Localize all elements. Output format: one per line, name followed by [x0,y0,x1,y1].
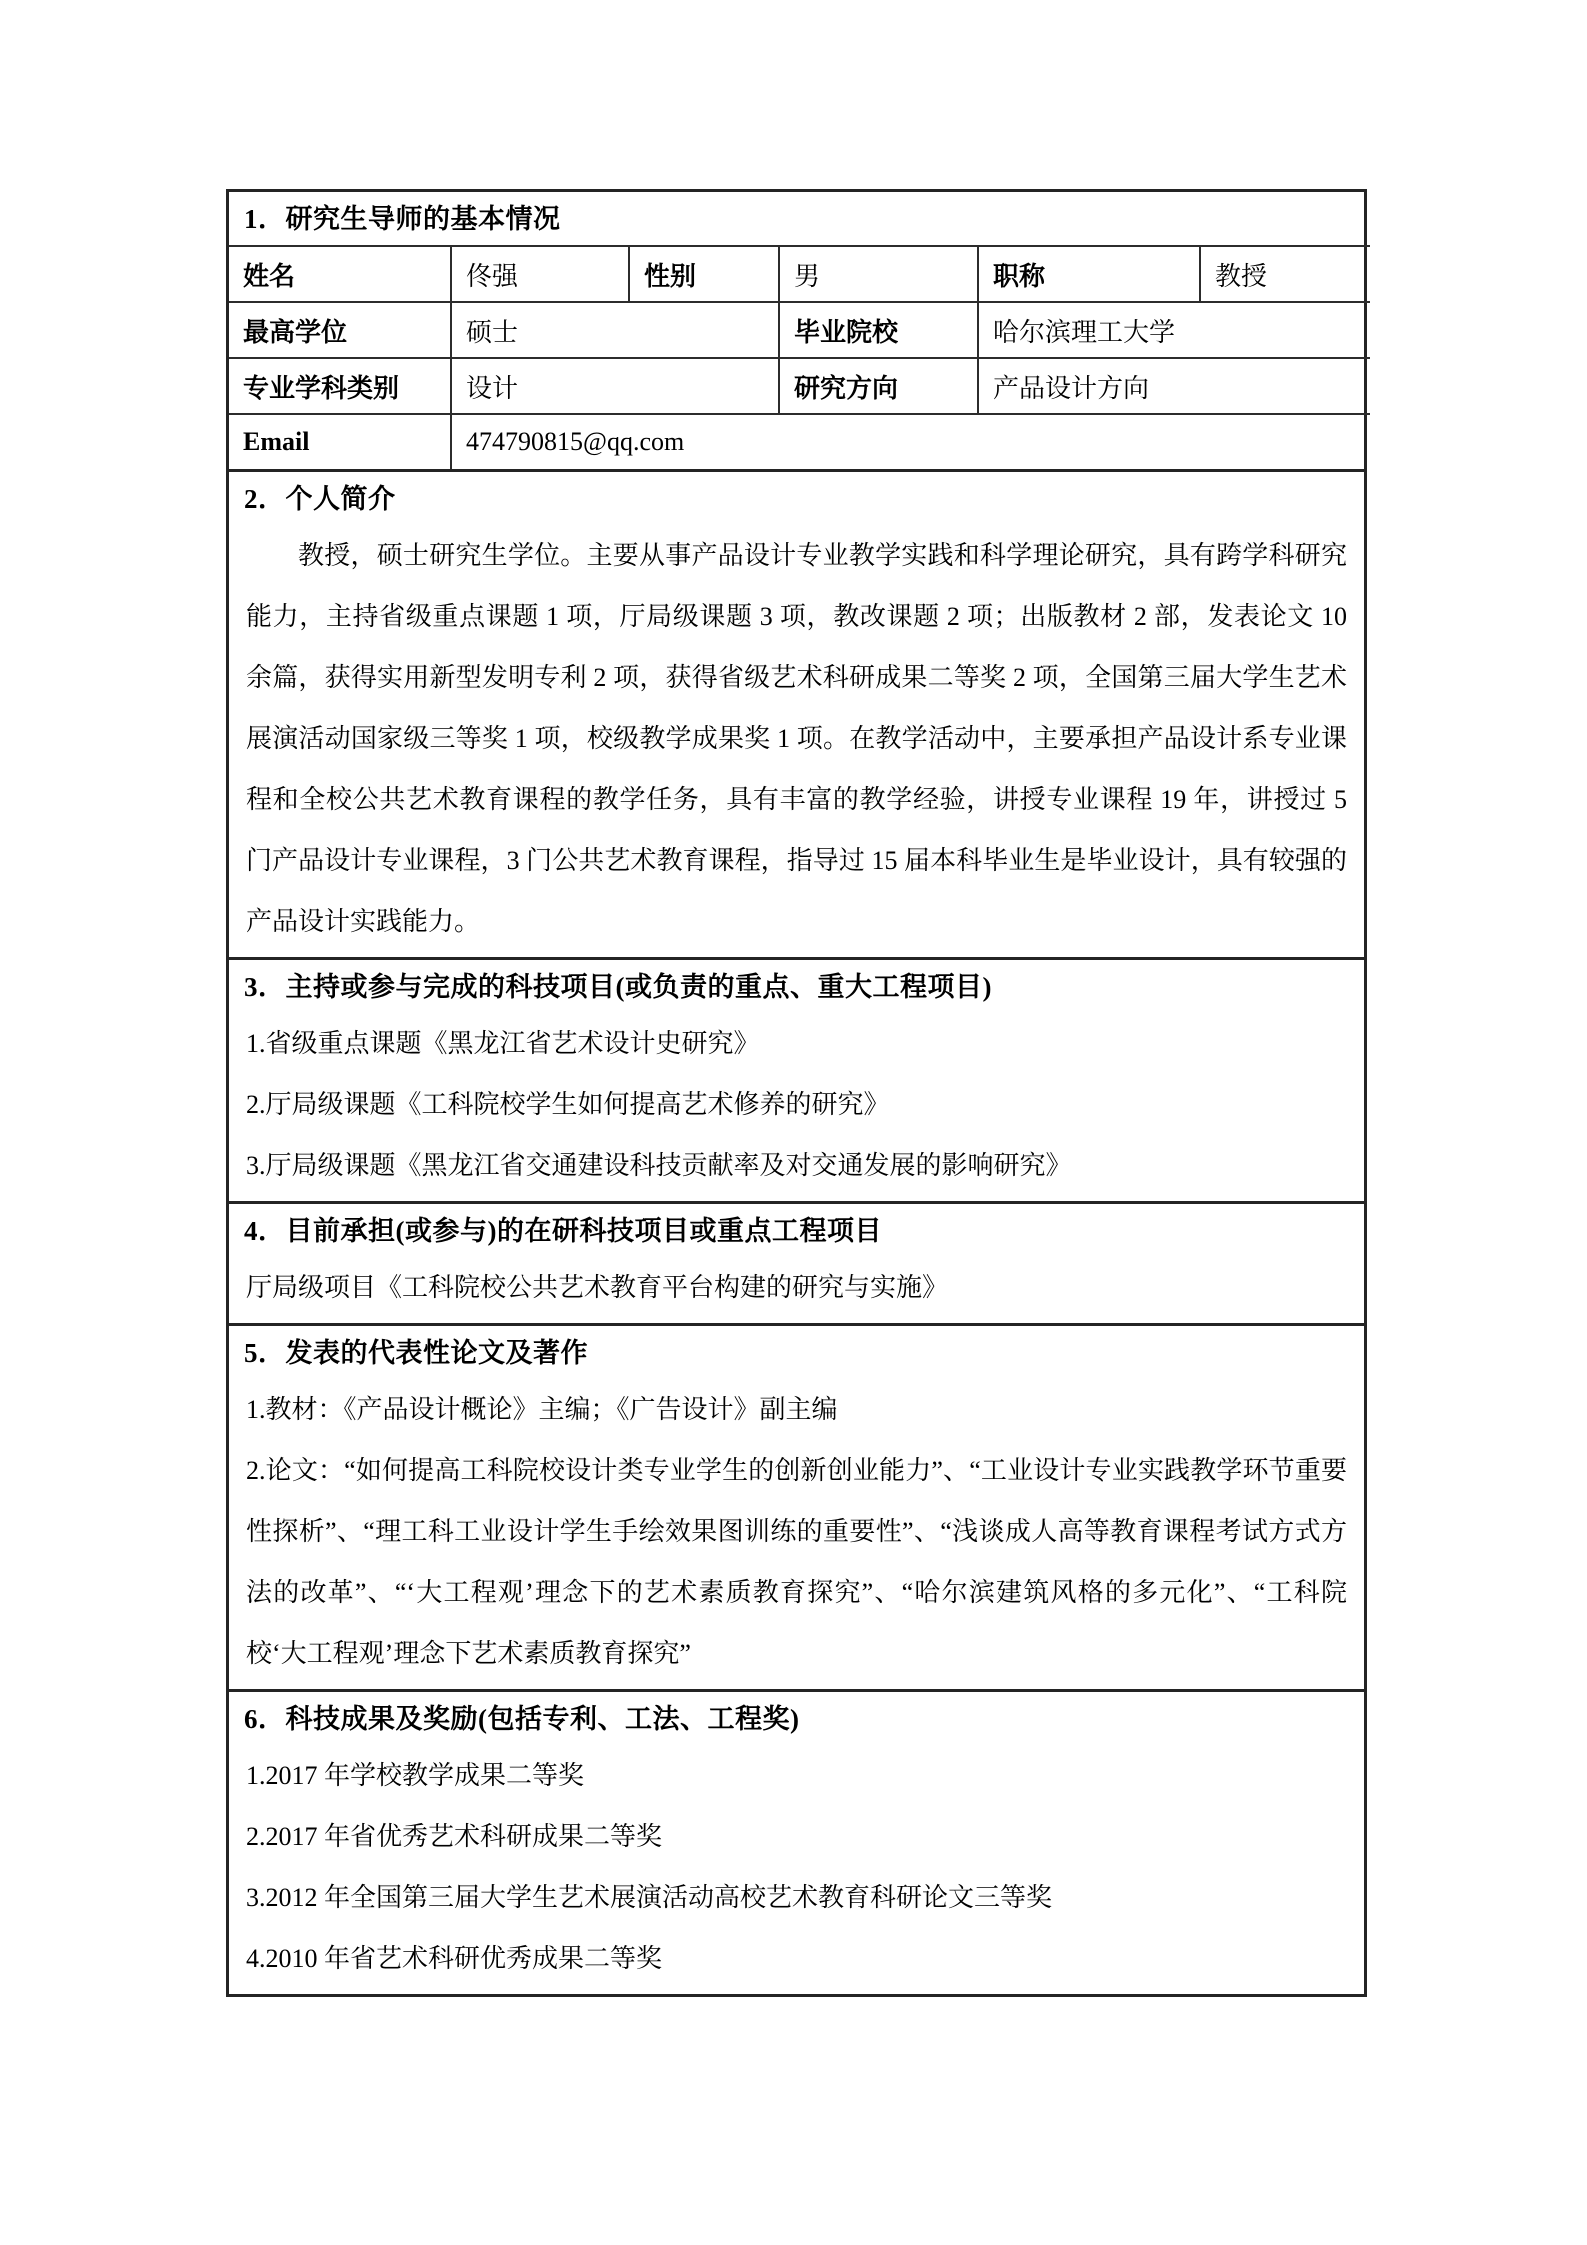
row-discipline-direction: 专业学科类别 设计 研究方向 产品设计方向 [229,358,1370,414]
profile-paragraph: 教授，硕士研究生学位。主要从事产品设计专业教学实践和科学理论研究，具有跨学科研究… [246,525,1347,952]
degree-label: 最高学位 [229,302,451,358]
discipline-value: 设计 [451,358,779,414]
award-item: 4.2010 年省艺术科研优秀成果二等奖 [246,1928,1347,1989]
row-degree-school: 最高学位 硕士 毕业院校 哈尔滨理工大学 [229,302,1370,358]
school-label: 毕业院校 [779,302,978,358]
award-item: 3.2012 年全国第三届大学生艺术展演活动高校艺术教育科研论文三等奖 [246,1867,1347,1928]
section-personal-profile: 2．个人简介 教授，硕士研究生学位。主要从事产品设计专业教学实践和科学理论研究，… [229,469,1364,957]
discipline-label: 专业学科类别 [229,358,451,414]
school-value: 哈尔滨理工大学 [978,302,1370,358]
section-6-body: 1.2017 年学校教学成果二等奖 2.2017 年省优秀艺术科研成果二等奖 3… [229,1745,1364,1994]
gender-label: 性别 [629,246,779,302]
rank-label: 职称 [978,246,1200,302]
section-completed-projects: 3．主持或参与完成的科技项目(或负责的重点、重大工程项目) 1.省级重点课题《黑… [229,957,1364,1201]
section-3-body: 1.省级重点课题《黑龙江省艺术设计史研究》 2.厅局级课题《工科院校学生如何提高… [229,1013,1364,1201]
advisor-info-table: 1．研究生导师的基本情况 姓名 佟强 性别 男 职称 教授 最高学位 硕士 [226,189,1367,1997]
degree-value: 硕士 [451,302,779,358]
row-name-gender-rank: 姓名 佟强 性别 男 职称 教授 [229,246,1370,302]
award-item: 1.2017 年学校教学成果二等奖 [246,1745,1347,1806]
section-5-body: 1.教材：《产品设计概论》主编；《广告设计》副主编 2.论文：“如何提高工科院校… [229,1379,1364,1689]
completed-project-item: 1.省级重点课题《黑龙江省艺术设计史研究》 [246,1013,1347,1074]
publication-item: 1.教材：《产品设计概论》主编；《广告设计》副主编 [246,1379,1347,1440]
completed-project-item: 3.厅局级课题《黑龙江省交通建设科技贡献率及对交通发展的影响研究》 [246,1135,1347,1196]
current-project-item: 厅局级项目《工科院校公共艺术教育平台构建的研究与实施》 [246,1257,1347,1318]
basic-info-grid: 姓名 佟强 性别 男 职称 教授 最高学位 硕士 毕业院校 哈尔滨理工大学 专业… [229,245,1370,469]
document-page: 1．研究生导师的基本情况 姓名 佟强 性别 男 职称 教授 最高学位 硕士 [0,0,1587,2245]
direction-value: 产品设计方向 [978,358,1370,414]
section-awards: 6．科技成果及奖励(包括专利、工法、工程奖) 1.2017 年学校教学成果二等奖… [229,1689,1364,1994]
name-value: 佟强 [451,246,629,302]
email-value: 474790815@qq.com [451,414,1370,469]
row-email: Email 474790815@qq.com [229,414,1370,469]
section-1-title: 1．研究生导师的基本情况 [229,192,1364,245]
section-2-body: 教授，硕士研究生学位。主要从事产品设计专业教学实践和科学理论研究，具有跨学科研究… [229,525,1364,957]
section-4-title: 4．目前承担(或参与)的在研科技项目或重点工程项目 [229,1204,1364,1257]
award-item: 2.2017 年省优秀艺术科研成果二等奖 [246,1806,1347,1867]
section-current-projects: 4．目前承担(或参与)的在研科技项目或重点工程项目 厅局级项目《工科院校公共艺术… [229,1201,1364,1323]
section-4-body: 厅局级项目《工科院校公共艺术教育平台构建的研究与实施》 [229,1257,1364,1323]
rank-value: 教授 [1200,246,1370,302]
email-label: Email [229,414,451,469]
publication-item: 2.论文：“如何提高工科院校设计类专业学生的创新创业能力”、“工业设计专业实践教… [246,1440,1347,1684]
section-3-title: 3．主持或参与完成的科技项目(或负责的重点、重大工程项目) [229,960,1364,1013]
name-label: 姓名 [229,246,451,302]
section-6-title: 6．科技成果及奖励(包括专利、工法、工程奖) [229,1692,1364,1745]
section-5-title: 5．发表的代表性论文及著作 [229,1326,1364,1379]
direction-label: 研究方向 [779,358,978,414]
gender-value: 男 [779,246,978,302]
section-publications: 5．发表的代表性论文及著作 1.教材：《产品设计概论》主编；《广告设计》副主编 … [229,1323,1364,1689]
section-basic-info: 1．研究生导师的基本情况 姓名 佟强 性别 男 职称 教授 最高学位 硕士 [229,192,1364,469]
completed-project-item: 2.厅局级课题《工科院校学生如何提高艺术修养的研究》 [246,1074,1347,1135]
section-2-title: 2．个人简介 [229,472,1364,525]
